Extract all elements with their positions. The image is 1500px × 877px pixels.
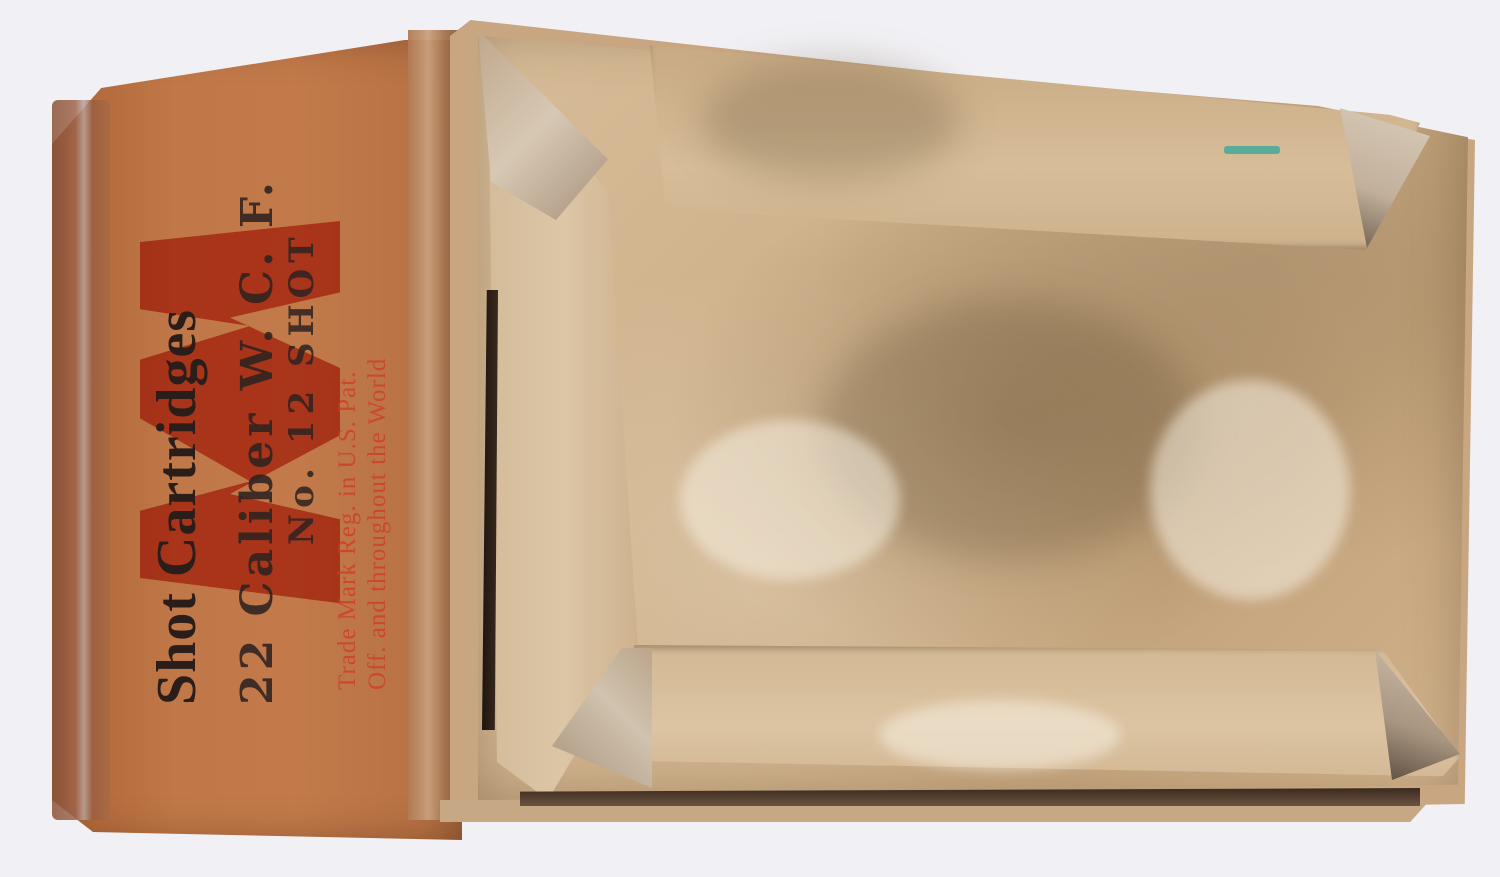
label-brand-text: Shot Cartridges [145,309,209,705]
teal-ink-mark [1224,146,1280,154]
surface-wear [1150,380,1350,600]
label-shot-size-text: No. 12 SHOT [282,231,322,545]
label-caliber-text: 22 Caliber W. C. F. [232,178,283,705]
surface-wear [880,700,1120,770]
photo-scene: Shot Cartridges 22 Caliber W. C. F. No. … [0,0,1500,877]
box-side-edge [52,100,110,820]
label-trademark-line-2: Off. and throughout the World [364,358,392,690]
label-trademark-line-1: Trade Mark Reg. in U.S. Pat. [334,371,362,690]
surface-wear [680,420,900,580]
water-stain [700,60,960,180]
